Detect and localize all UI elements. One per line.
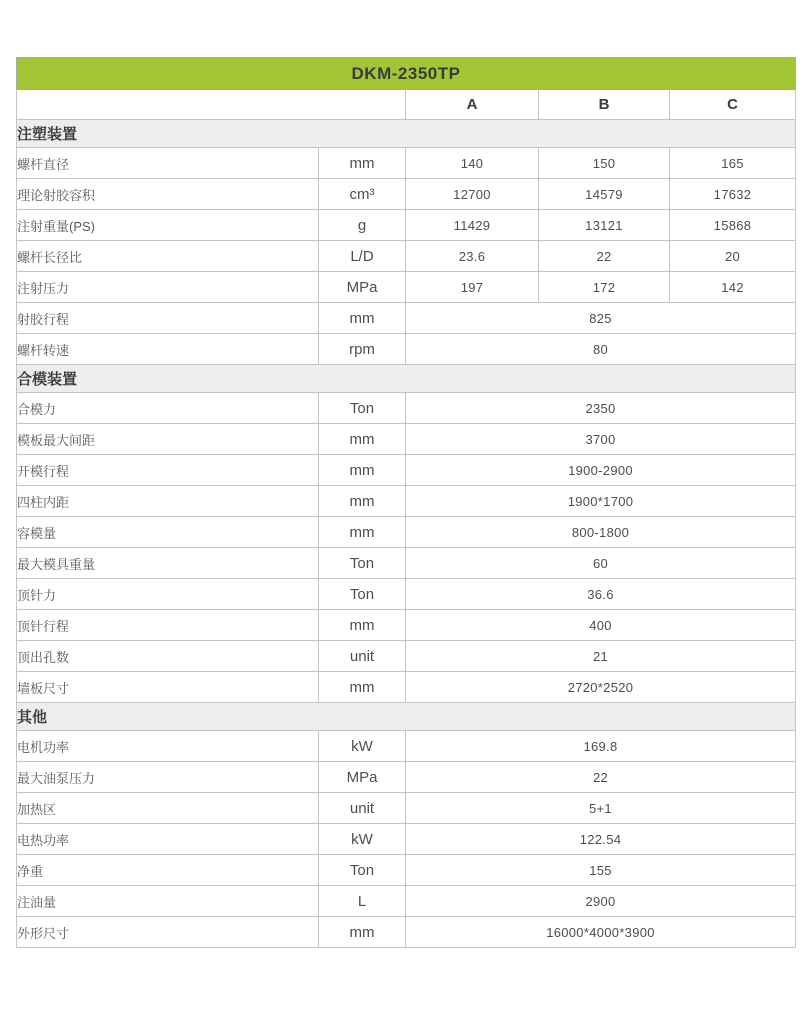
section-header: 注塑装置 xyxy=(17,120,796,148)
spec-table: DKM-2350TP A B C 注塑装置螺杆直径mm140150165理论射胶… xyxy=(16,57,796,948)
spec-unit: mm xyxy=(319,303,406,334)
spec-row: 螺杆直径mm140150165 xyxy=(17,148,796,179)
spec-unit: unit xyxy=(319,641,406,672)
column-header-a: A xyxy=(406,90,539,120)
spec-row: 外形尺寸mm16000*4000*3900 xyxy=(17,917,796,948)
spec-unit: cm³ xyxy=(319,179,406,210)
spec-row: 顶出孔数unit21 xyxy=(17,641,796,672)
spec-label: 外形尺寸 xyxy=(17,917,319,948)
spec-label: 四柱内距 xyxy=(17,486,319,517)
spec-value: 2350 xyxy=(406,393,796,424)
spec-sheet-page: DKM-2350TP A B C 注塑装置螺杆直径mm140150165理论射胶… xyxy=(0,0,811,1024)
spec-value-b: 172 xyxy=(539,272,670,303)
spec-label: 容模量 xyxy=(17,517,319,548)
spec-label: 最大模具重量 xyxy=(17,548,319,579)
spec-value: 155 xyxy=(406,855,796,886)
spec-unit: mm xyxy=(319,672,406,703)
spec-row: 容模量mm800-1800 xyxy=(17,517,796,548)
spec-row: 注油量L2900 xyxy=(17,886,796,917)
spec-value-a: 197 xyxy=(406,272,539,303)
spec-value: 2720*2520 xyxy=(406,672,796,703)
spec-value-b: 150 xyxy=(539,148,670,179)
spec-value-a: 23.6 xyxy=(406,241,539,272)
spec-label: 螺杆转速 xyxy=(17,334,319,365)
spec-unit: g xyxy=(319,210,406,241)
spec-label: 合模力 xyxy=(17,393,319,424)
spec-label: 注射压力 xyxy=(17,272,319,303)
spec-unit: Ton xyxy=(319,393,406,424)
spec-value-c: 17632 xyxy=(670,179,796,210)
model-title: DKM-2350TP xyxy=(17,58,796,90)
spec-unit: rpm xyxy=(319,334,406,365)
spec-label: 射胶行程 xyxy=(17,303,319,334)
spec-label: 电热功率 xyxy=(17,824,319,855)
spec-row: 四柱内距mm1900*1700 xyxy=(17,486,796,517)
spec-row: 墙板尺寸mm2720*2520 xyxy=(17,672,796,703)
spec-value: 400 xyxy=(406,610,796,641)
spec-label: 电机功率 xyxy=(17,731,319,762)
spec-label: 墙板尺寸 xyxy=(17,672,319,703)
spec-unit: MPa xyxy=(319,272,406,303)
spec-value-a: 12700 xyxy=(406,179,539,210)
spec-value: 5+1 xyxy=(406,793,796,824)
spec-unit: mm xyxy=(319,424,406,455)
spec-row: 模板最大间距mm3700 xyxy=(17,424,796,455)
spec-value: 16000*4000*3900 xyxy=(406,917,796,948)
section-header-row: 注塑装置 xyxy=(17,120,796,148)
spec-unit: kW xyxy=(319,731,406,762)
title-row: DKM-2350TP xyxy=(17,58,796,90)
spec-label: 净重 xyxy=(17,855,319,886)
spec-value-c: 20 xyxy=(670,241,796,272)
spec-value-a: 140 xyxy=(406,148,539,179)
spec-row: 净重Ton155 xyxy=(17,855,796,886)
spec-value-b: 13121 xyxy=(539,210,670,241)
spec-row: 开模行程mm1900-2900 xyxy=(17,455,796,486)
spec-row: 电机功率kW169.8 xyxy=(17,731,796,762)
spec-unit: unit xyxy=(319,793,406,824)
spec-value: 3700 xyxy=(406,424,796,455)
spec-unit: mm xyxy=(319,517,406,548)
spec-row: 注射压力MPa197172142 xyxy=(17,272,796,303)
spec-label: 螺杆长径比 xyxy=(17,241,319,272)
spec-row: 顶针行程mm400 xyxy=(17,610,796,641)
spec-row: 最大油泵压力MPa22 xyxy=(17,762,796,793)
spec-value: 1900*1700 xyxy=(406,486,796,517)
column-header-spacer xyxy=(17,90,406,120)
spec-row: 螺杆转速rpm80 xyxy=(17,334,796,365)
spec-label: 螺杆直径 xyxy=(17,148,319,179)
spec-value: 22 xyxy=(406,762,796,793)
spec-unit: kW xyxy=(319,824,406,855)
spec-label: 注油量 xyxy=(17,886,319,917)
spec-row: 注射重量(PS)g114291312115868 xyxy=(17,210,796,241)
column-header-row: A B C xyxy=(17,90,796,120)
spec-unit: Ton xyxy=(319,579,406,610)
spec-label: 顶出孔数 xyxy=(17,641,319,672)
spec-unit: mm xyxy=(319,486,406,517)
spec-row: 电热功率kW122.54 xyxy=(17,824,796,855)
spec-value: 122.54 xyxy=(406,824,796,855)
spec-label: 最大油泵压力 xyxy=(17,762,319,793)
spec-value: 60 xyxy=(406,548,796,579)
spec-unit: mm xyxy=(319,148,406,179)
spec-value: 80 xyxy=(406,334,796,365)
spec-row: 螺杆长径比L/D23.62220 xyxy=(17,241,796,272)
spec-value: 1900-2900 xyxy=(406,455,796,486)
section-header: 合模装置 xyxy=(17,365,796,393)
spec-value: 21 xyxy=(406,641,796,672)
spec-value-c: 142 xyxy=(670,272,796,303)
spec-unit: MPa xyxy=(319,762,406,793)
spec-unit: L xyxy=(319,886,406,917)
spec-unit: Ton xyxy=(319,548,406,579)
spec-unit: Ton xyxy=(319,855,406,886)
column-header-b: B xyxy=(539,90,670,120)
spec-value-a: 11429 xyxy=(406,210,539,241)
spec-label: 模板最大间距 xyxy=(17,424,319,455)
spec-value-c: 15868 xyxy=(670,210,796,241)
spec-value: 825 xyxy=(406,303,796,334)
spec-unit: mm xyxy=(319,455,406,486)
spec-label: 理论射胶容积 xyxy=(17,179,319,210)
spec-row: 最大模具重量Ton60 xyxy=(17,548,796,579)
spec-value: 169.8 xyxy=(406,731,796,762)
spec-value-b: 14579 xyxy=(539,179,670,210)
spec-row: 顶针力Ton36.6 xyxy=(17,579,796,610)
spec-unit: mm xyxy=(319,917,406,948)
spec-value-b: 22 xyxy=(539,241,670,272)
section-header-row: 合模装置 xyxy=(17,365,796,393)
column-header-c: C xyxy=(670,90,796,120)
spec-row: 理论射胶容积cm³127001457917632 xyxy=(17,179,796,210)
spec-row: 射胶行程mm825 xyxy=(17,303,796,334)
spec-label: 顶针力 xyxy=(17,579,319,610)
spec-value-c: 165 xyxy=(670,148,796,179)
spec-label: 开模行程 xyxy=(17,455,319,486)
spec-unit: L/D xyxy=(319,241,406,272)
spec-row: 合模力Ton2350 xyxy=(17,393,796,424)
section-header-row: 其他 xyxy=(17,703,796,731)
spec-label: 注射重量(PS) xyxy=(17,210,319,241)
section-header: 其他 xyxy=(17,703,796,731)
spec-label: 加热区 xyxy=(17,793,319,824)
spec-value: 800-1800 xyxy=(406,517,796,548)
spec-value: 2900 xyxy=(406,886,796,917)
spec-unit: mm xyxy=(319,610,406,641)
spec-label: 顶针行程 xyxy=(17,610,319,641)
spec-value: 36.6 xyxy=(406,579,796,610)
spec-row: 加热区unit5+1 xyxy=(17,793,796,824)
